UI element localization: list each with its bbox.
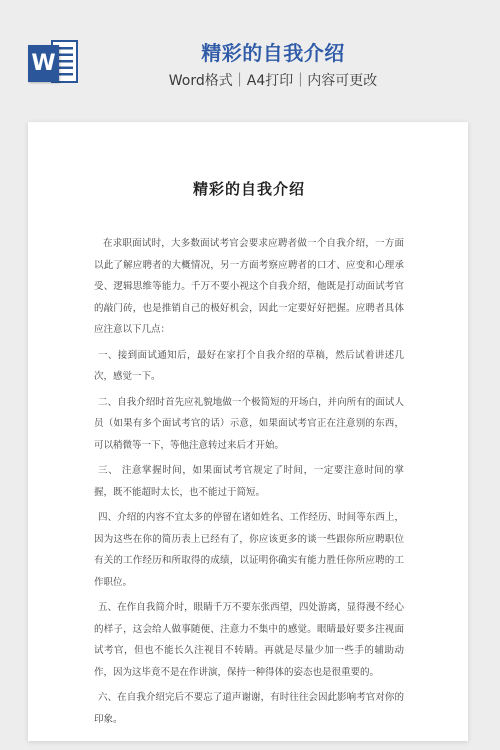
word-icon-w-tile: W (28, 45, 59, 82)
template-preview: W 精彩的自我介绍 Word格式｜A4打印｜内容可更改 精彩的自我介绍 在求职面… (0, 0, 500, 750)
word-icon-text-lines (57, 47, 73, 76)
header: W 精彩的自我介绍 Word格式｜A4打印｜内容可更改 (0, 0, 500, 122)
document-paragraph-intro: 在求职面试时，大多数面试考官会要求应聘者做一个自我介绍，一方面以此了解应聘者的大… (94, 233, 404, 341)
document-page: 精彩的自我介绍 在求职面试时，大多数面试考官会要求应聘者做一个自我介绍，一方面以… (28, 122, 468, 741)
document-paragraph-3: 三、 注意掌握时间，如果面试考官规定了时间，一定要注意时间的掌握，既不能超时太长… (94, 460, 404, 503)
document-paragraph-4: 四、介绍的内容不宜太多的停留在诸如姓名、工作经历、时间等东西上，因为这些在你的简… (94, 507, 404, 593)
page-subtitle: Word格式｜A4打印｜内容可更改 (46, 72, 500, 90)
document-paragraph-1: 一、接到面试通知后，最好在家打个自我介绍的草稿，然后试着讲述几次，感觉一下。 (94, 345, 404, 388)
document-paragraph-6: 六、在自我介绍完后不要忘了道声谢谢，有时往往会因此影响考官对你的印象。 (94, 687, 404, 730)
page-title: 精彩的自我介绍 (46, 40, 500, 66)
document-paragraph-2: 二、自我介绍时首先应礼貌地做一个极简短的开场白，并向所有的面试人员（如果有多个面… (94, 392, 404, 457)
document-paragraph-5: 五、在作自我简介时，眼睛千万不要东张西望，四处游离，显得漫不经心的样子，这会给人… (94, 597, 404, 683)
word-icon: W (28, 40, 78, 87)
header-text: 精彩的自我介绍 Word格式｜A4打印｜内容可更改 (46, 40, 500, 90)
document-title: 精彩的自我介绍 (94, 178, 404, 200)
document-body: 在求职面试时，大多数面试考官会要求应聘者做一个自我介绍，一方面以此了解应聘者的大… (94, 233, 404, 730)
